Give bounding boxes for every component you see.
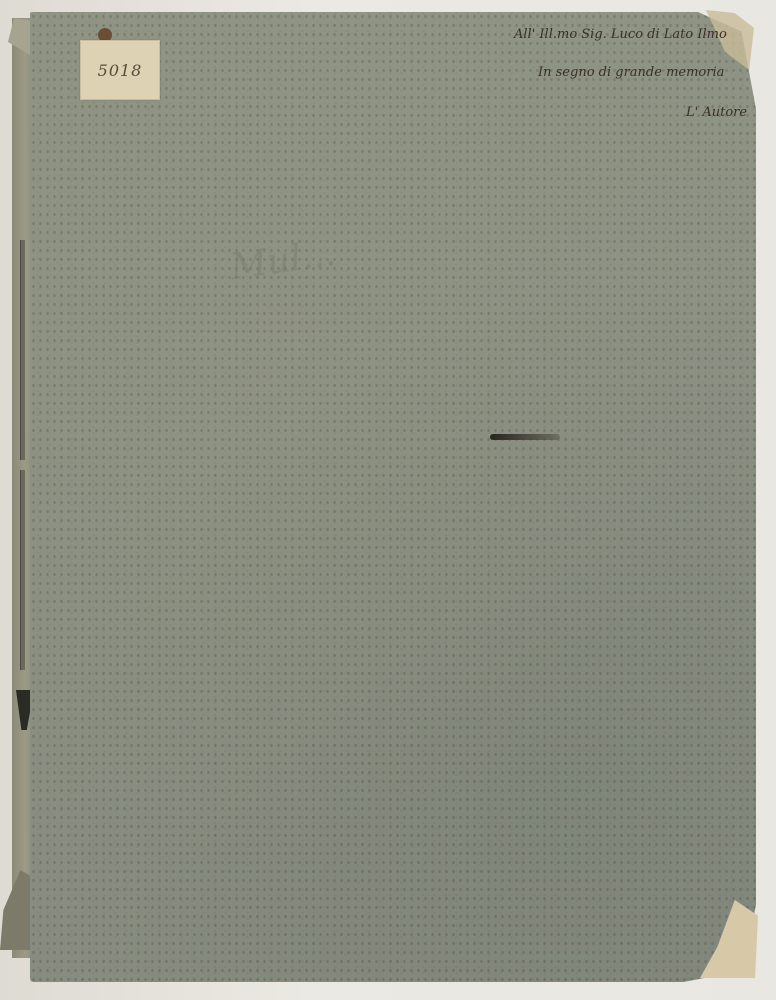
inscription-line: In segno di grande memoria	[538, 66, 724, 79]
inscription-line: All' Ill.mo Sig. Luco di Lato Ilmo	[514, 28, 727, 41]
spine-stitch	[20, 240, 25, 460]
ink-mark	[490, 434, 560, 440]
spine-stitch	[20, 470, 25, 670]
paper-texture	[30, 12, 756, 982]
catalog-number: 5018	[98, 61, 143, 80]
book-cover	[30, 12, 756, 982]
catalog-label: 5018	[80, 40, 160, 100]
inscription-line: L' Autore	[686, 106, 747, 119]
